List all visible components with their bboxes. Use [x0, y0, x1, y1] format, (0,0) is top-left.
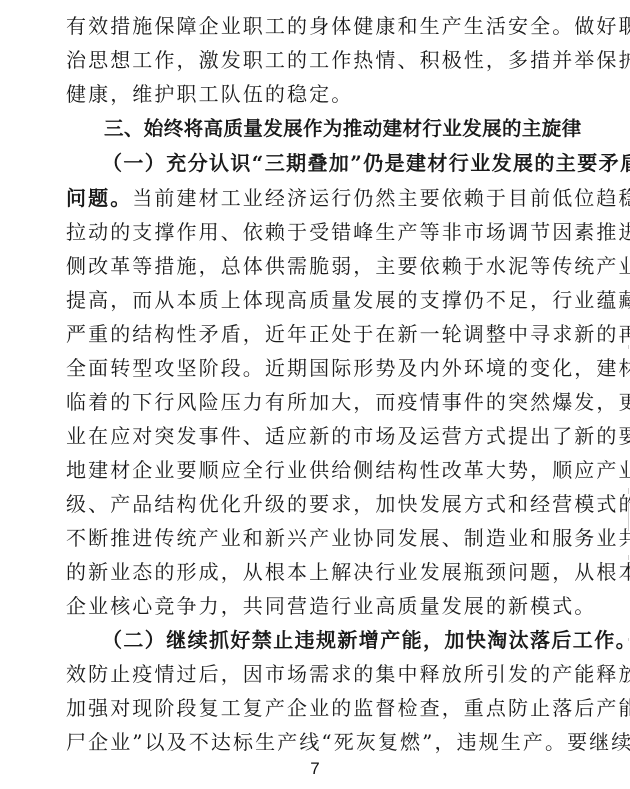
paragraph-line: 地建材企业要顺应全行业供给侧结构性改革大势，顺应产业转型升 [66, 455, 558, 485]
paragraph-line: 尸企业”以及不达标生产线“死灰复燃”，违规生产。要继续坚定 [66, 727, 558, 757]
paragraph-line: 加强对现阶段复工复产企业的监督检查，重点防止落后产能、“僵 [66, 693, 558, 723]
page-number: 7 [300, 759, 330, 779]
document-page: 有效措施保障企业职工的身体健康和生产生活安全。做好职工的政 治思想工作，激发职工… [0, 0, 630, 789]
paragraph-line: （二）继续抓好禁止违规新增产能，加快淘汰落后工作。要有 [102, 625, 558, 655]
paragraph-line: 问题。当前建材工业经济运行仍然主要依赖于目前低位趋稳的投资 [66, 183, 558, 213]
paragraph-line: 治思想工作，激发职工的工作热情、积极性，多措并举保护职工的 [66, 45, 558, 75]
paragraph-line: 侧改革等措施，总体供需脆弱，主要依赖于水泥等传统产业效益的 [66, 251, 558, 281]
paragraph-line: 级、产品结构优化升级的要求，加快发展方式和经营模式的转变， [66, 489, 558, 519]
scan-artifact [628, 555, 629, 560]
scan-artifact [628, 638, 629, 641]
section-heading: 三、始终将高质量发展作为推动建材行业发展的主旋律 [104, 114, 582, 144]
paragraph-line: 业在应对突发事件、适应新的市场及运营方式提出了新的要求。各 [66, 421, 558, 451]
scan-artifact [628, 433, 629, 437]
paragraph-text: 当前建材工业经济运行仍然主要依赖于目前低位趋稳的投资 [132, 186, 630, 210]
paragraph-line: 效防止疫情过后，因市场需求的集中释放所引发的产能释放冲动。 [66, 659, 558, 689]
subsection-1-heading: （一）充分认识“三期叠加”仍是建材行业发展的主要矛盾和 [102, 148, 558, 178]
paragraph-line: 严重的结构性矛盾，近年正处于在新一轮调整中寻求新的再平衡的 [66, 319, 558, 349]
subsection-2-heading: （二）继续抓好禁止违规新增产能，加快淘汰落后工作。 [102, 628, 630, 652]
paragraph-line: 企业核心竞争力，共同营造行业高质量发展的新模式。 [66, 591, 558, 621]
scan-artifact [628, 503, 629, 531]
paragraph-line: 提高，而从本质上体现高质量发展的支撑仍不足，行业蕴藏着较为 [66, 285, 558, 315]
paragraph-line: 的新业态的形成，从根本上解决行业发展瓶颈问题，从根本上提高 [66, 557, 558, 587]
paragraph-line: 临着的下行风险压力有所加大，而疫情事件的突然爆发，更是为行 [66, 387, 558, 417]
scan-artifact [628, 345, 629, 349]
paragraph-line: 全面转型攻坚阶段。近期国际形势及内外环境的变化，建材行业面 [66, 353, 558, 383]
paragraph-line: 不断推进传统产业和新兴产业协同发展、制造业和服务业共同发展 [66, 523, 558, 553]
paragraph-line: 有效措施保障企业职工的身体健康和生产生活安全。做好职工的政 [66, 11, 558, 41]
paragraph-line: 健康，维护职工队伍的稳定。 [66, 79, 558, 109]
scan-artifact [628, 488, 629, 494]
subsection-1-heading-end: 问题。 [66, 186, 132, 210]
paragraph-line: 拉动的支撑作用、依赖于受错峰生产等非市场调节因素推进的供给 [66, 217, 558, 247]
